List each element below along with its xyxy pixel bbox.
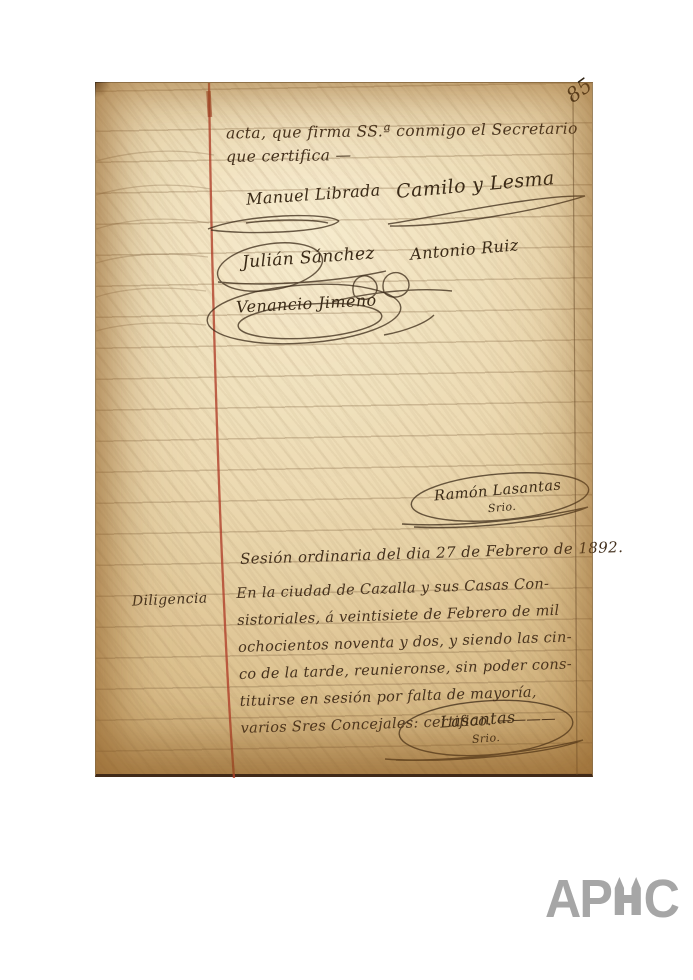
- watermark-letter-h-spired-icon: [613, 876, 643, 915]
- aphc-watermark: AP C: [545, 878, 678, 926]
- watermark-letter-c: C: [644, 872, 678, 926]
- margin-note-diligencia: Diligencia: [132, 591, 208, 610]
- signature-secretary-title: Srio.: [488, 501, 517, 516]
- manuscript-photo: 85 acta, que firma SS.ª conmigo el Secre…: [95, 82, 593, 777]
- signature-closing-title: Srio.: [472, 732, 501, 746]
- page-curvature-lines: [96, 151, 214, 331]
- body-paragraph: En la ciudad de Cazalla y sus Casas Con-…: [236, 570, 577, 742]
- rubric-manuel-librada: [208, 216, 339, 233]
- red-margin-line: [209, 83, 235, 778]
- opening-line-2: que certifica —: [226, 147, 352, 166]
- watermark-letters-ap: AP: [545, 872, 611, 926]
- scanned-page: 85 acta, que firma SS.ª conmigo el Secre…: [0, 0, 693, 980]
